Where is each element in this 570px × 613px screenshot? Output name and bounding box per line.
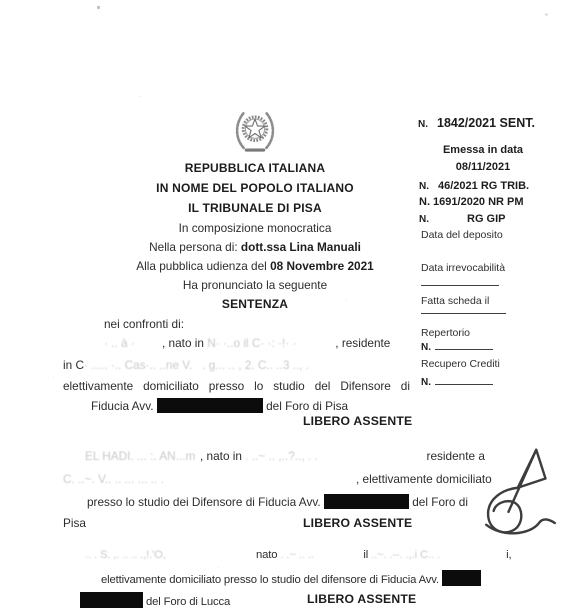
- party1-line2-text: in C: [63, 358, 84, 372]
- tribunale-title: IL TRIBUNALE DI PISA: [60, 201, 450, 215]
- sentenza-title: SENTENZA: [60, 297, 450, 311]
- redaction-box: [80, 592, 143, 608]
- rgtrib-number: 46/2021 RG TRIB.: [438, 180, 529, 192]
- udienza-prefix: Alla pubblica udienza del: [136, 259, 270, 273]
- party1-line1-text1: , nato in: [162, 336, 207, 350]
- blank-fill-line: [421, 285, 499, 286]
- anonymized-address: · ..... ·.. Cas·.. ..ne V. . g... .. , 2…: [84, 358, 414, 372]
- emessa-date: 08/11/2021: [428, 160, 538, 174]
- rg-trib-row: N.46/2021 RG TRIB.: [419, 178, 529, 194]
- udienza-line: Alla pubblica udienza del 08 Novembre 20…: [60, 259, 450, 273]
- anonymized-name: · .. à ·: [104, 336, 162, 350]
- anonymized-birthplace: . ..~ .. ,..?.., . .: [245, 449, 423, 463]
- party3-line1-text1: nato: [253, 549, 280, 561]
- party1-line3: elettivamente domiciliato presso lo stud…: [63, 379, 410, 393]
- rgtrib-label: N.: [419, 181, 429, 192]
- recupero-n-label: N.: [421, 377, 431, 388]
- party1-line4-text2: del Foro di Pisa: [263, 399, 348, 413]
- anonymized-birthplace: N· ·..o il C· ·: ·!· ·: [207, 336, 335, 350]
- blank-fill-line: [435, 374, 493, 385]
- party3-status: LIBERO ASSENTE: [307, 592, 416, 606]
- party2-line1-text2: residente a: [423, 449, 485, 463]
- scan-noise-specks: [97, 6, 100, 9]
- party1-line1: · .. à ·, nato in N· ·..o il C· ·: ·!· ·…: [104, 336, 390, 350]
- repertorio-label: Repertorio: [421, 326, 470, 340]
- party2-line2-text: , elettivamente domiciliato: [356, 472, 492, 486]
- udienza-date: 08 Novembre 2021: [270, 259, 374, 273]
- sent-number: 1842/2021 SENT.: [437, 116, 535, 130]
- italian-republic-emblem-icon: [233, 106, 277, 154]
- party3-line1-text2: il: [360, 549, 371, 561]
- party1-line4-text1: Fiducia Avv.: [91, 399, 157, 413]
- repertorio-n-label: N.: [421, 342, 431, 353]
- judge-name: dott.ssa Lina Manuali: [241, 240, 361, 254]
- party3-line1-text3: i,: [506, 549, 511, 561]
- emessa-label: Emessa in data: [428, 143, 538, 157]
- redaction-box: [157, 398, 263, 413]
- party3-line3-text: del Foro di Lucca: [143, 596, 230, 608]
- persona-line: Nella persona di: dott.ssa Lina Manuali: [60, 240, 450, 254]
- sentence-number-row: N.1842/2021 SENT.: [418, 116, 535, 132]
- party3-line1: .. . S. ,. .. .. .,!.'O, nato . .~ .. ..…: [85, 548, 511, 562]
- repertorio-n-row: N.: [421, 339, 493, 355]
- irrevocabilita-label: Data irrevocabilità: [421, 261, 505, 275]
- anonymized-address: C. ..~. V.. .. ... ... .. .: [63, 472, 356, 486]
- anonymized-name: .. . S. ,. .. .. .,!.'O,: [85, 548, 253, 562]
- party2-line3-text2: del Foro di: [409, 495, 468, 509]
- persona-prefix: Nella persona di:: [149, 240, 241, 254]
- party1-line4: Fiducia Avv. del Foro di Pisa: [91, 398, 348, 413]
- sent-label: N.: [418, 119, 428, 130]
- handwritten-signature: [478, 447, 563, 535]
- nei-confronti-line: nei confronti di:: [104, 317, 184, 331]
- composizione-line: In composizione monocratica: [60, 221, 450, 235]
- party1-line1-text2: , residente: [335, 336, 390, 350]
- rggip-value: RG GIP: [467, 213, 506, 225]
- anonymized-birthplace: . .~ .. ..: [280, 548, 360, 562]
- anonymized-birthdate: ..~. .--. .,.i C.. .: [371, 548, 506, 562]
- party3-line3: del Foro di Lucca: [80, 592, 230, 609]
- party3-line2-text: elettivamente domiciliato presso lo stud…: [101, 574, 442, 586]
- party2-status: LIBERO ASSENTE: [303, 516, 412, 530]
- party3-line2: elettivamente domiciliato presso lo stud…: [101, 570, 481, 587]
- republic-title: REPUBBLICA ITALIANA: [60, 161, 450, 175]
- party1-line2: in C· ..... ·.. Cas·.. ..ne V. . g... ..…: [63, 358, 414, 372]
- in-nome-title: IN NOME DEL POPOLO ITALIANO: [60, 181, 450, 195]
- party2-line1-text1: , nato in: [200, 449, 245, 463]
- blank-fill-line: [435, 339, 493, 350]
- fatta-scheda-label: Fatta scheda il: [421, 294, 489, 308]
- nr-pm-row: N. 1691/2020 NR PM: [419, 195, 524, 209]
- party2-line4: Pisa: [63, 516, 86, 530]
- party1-status: LIBERO ASSENTE: [303, 414, 412, 428]
- recupero-n-row: N.: [421, 374, 493, 390]
- anonymized-name: EL HADI. ... :. AN...m: [85, 449, 200, 463]
- rg-gip-row: N.RG GIP: [419, 211, 506, 227]
- party2-line1: EL HADI. ... :. AN...m, nato in . ..~ ..…: [85, 449, 485, 463]
- recupero-label: Recupero Crediti: [421, 357, 500, 371]
- blank-fill-line: [421, 313, 506, 314]
- redaction-box: [324, 494, 409, 509]
- party2-line3: presso lo studio dei Difensore di Fiduci…: [87, 494, 468, 509]
- deposito-label: Data del deposito: [421, 228, 503, 242]
- party2-line2: C. ..~. V.. .. ... ... .. ., elettivamen…: [63, 472, 492, 486]
- pronuncia-line: Ha pronunciato la seguente: [60, 278, 450, 292]
- rggip-label: N.: [419, 214, 429, 225]
- redaction-box: [442, 570, 481, 586]
- party2-line3-text1: presso lo studio dei Difensore di Fiduci…: [87, 495, 324, 509]
